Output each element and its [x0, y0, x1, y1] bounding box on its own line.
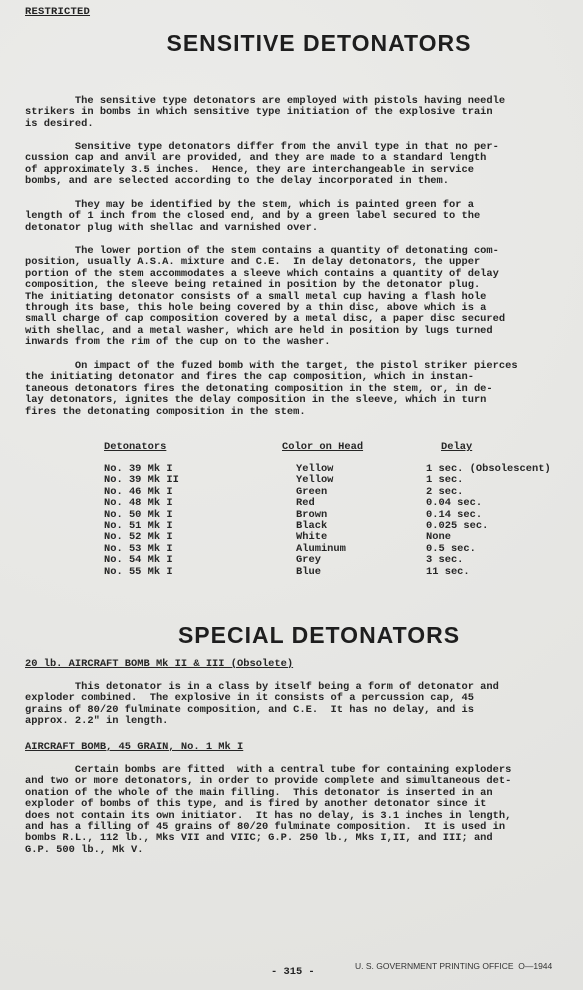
color-cell: Yellow [296, 474, 333, 486]
detonator-cell: No. 39 Mk I [104, 463, 173, 475]
color-cell: Grey [296, 554, 321, 566]
special-detonators-title: SPECIAL DETONATORS [0, 622, 583, 649]
delay-cell: 2 sec. [426, 486, 463, 498]
color-cell: Red [296, 497, 315, 509]
delay-cell: None [426, 531, 451, 543]
column-header-color: Color on Head [282, 441, 363, 453]
classification-marking: RESTRICTED [25, 6, 90, 18]
detonator-cell: No. 46 Mk I [104, 486, 173, 498]
detonator-cell: No. 53 Mk I [104, 543, 173, 555]
detonator-cell: No. 54 Mk I [104, 554, 173, 566]
detonator-cell: No. 55 Mk I [104, 566, 173, 578]
detonator-cell: No. 39 Mk II [104, 474, 179, 486]
paragraph: On impact of the fuzed bomb with the tar… [25, 361, 570, 418]
paragraph: They may be identified by the stem, whic… [25, 200, 570, 234]
delay-cell: 0.025 sec. [426, 520, 488, 532]
column-header-detonators: Detonators [104, 441, 166, 453]
detonator-cell: No. 51 Mk I [104, 520, 173, 532]
color-cell: Brown [296, 509, 327, 521]
paragraph: The lower portion of the stem contains a… [25, 246, 570, 349]
delay-cell: 11 sec. [426, 566, 470, 578]
delay-cell: 1 sec. (Obsolescent) [426, 463, 551, 475]
section-heading: AIRCRAFT BOMB, 45 GRAIN, No. 1 Mk I [25, 741, 243, 753]
detonator-cell: No. 48 Mk I [104, 497, 173, 509]
paragraph: Certain bombs are fitted with a central … [25, 765, 570, 856]
color-cell: Black [296, 520, 327, 532]
delay-cell: 1 sec. [426, 474, 463, 486]
document-page: RESTRICTED SENSITIVE DETONATORS The sens… [0, 0, 583, 990]
color-cell: Aluminum [296, 543, 346, 555]
delay-cell: 0.14 sec. [426, 509, 482, 521]
paragraph: This detonator is in a class by itself b… [25, 682, 570, 728]
delay-cell: 0.5 sec. [426, 543, 476, 555]
paragraph: The sensitive type detonators are employ… [25, 96, 570, 130]
detonator-cell: No. 52 Mk I [104, 531, 173, 543]
column-header-delay: Delay [441, 441, 472, 453]
detonator-cell: No. 50 Mk I [104, 509, 173, 521]
page-number: - 315 - [271, 966, 315, 978]
color-cell: White [296, 531, 327, 543]
section-heading: 20 lb. AIRCRAFT BOMB Mk II & III (Obsole… [25, 658, 293, 670]
color-cell: Blue [296, 566, 321, 578]
printer-imprint: U. S. GOVERNMENT PRINTING OFFICE O—1944 [355, 961, 552, 971]
paragraph: Sensitive type detonators differ from th… [25, 142, 570, 188]
delay-cell: 0.04 sec. [426, 497, 482, 509]
color-cell: Green [296, 486, 327, 498]
color-cell: Yellow [296, 463, 333, 475]
delay-cell: 3 sec. [426, 554, 463, 566]
sensitive-detonators-title: SENSITIVE DETONATORS [0, 30, 583, 57]
